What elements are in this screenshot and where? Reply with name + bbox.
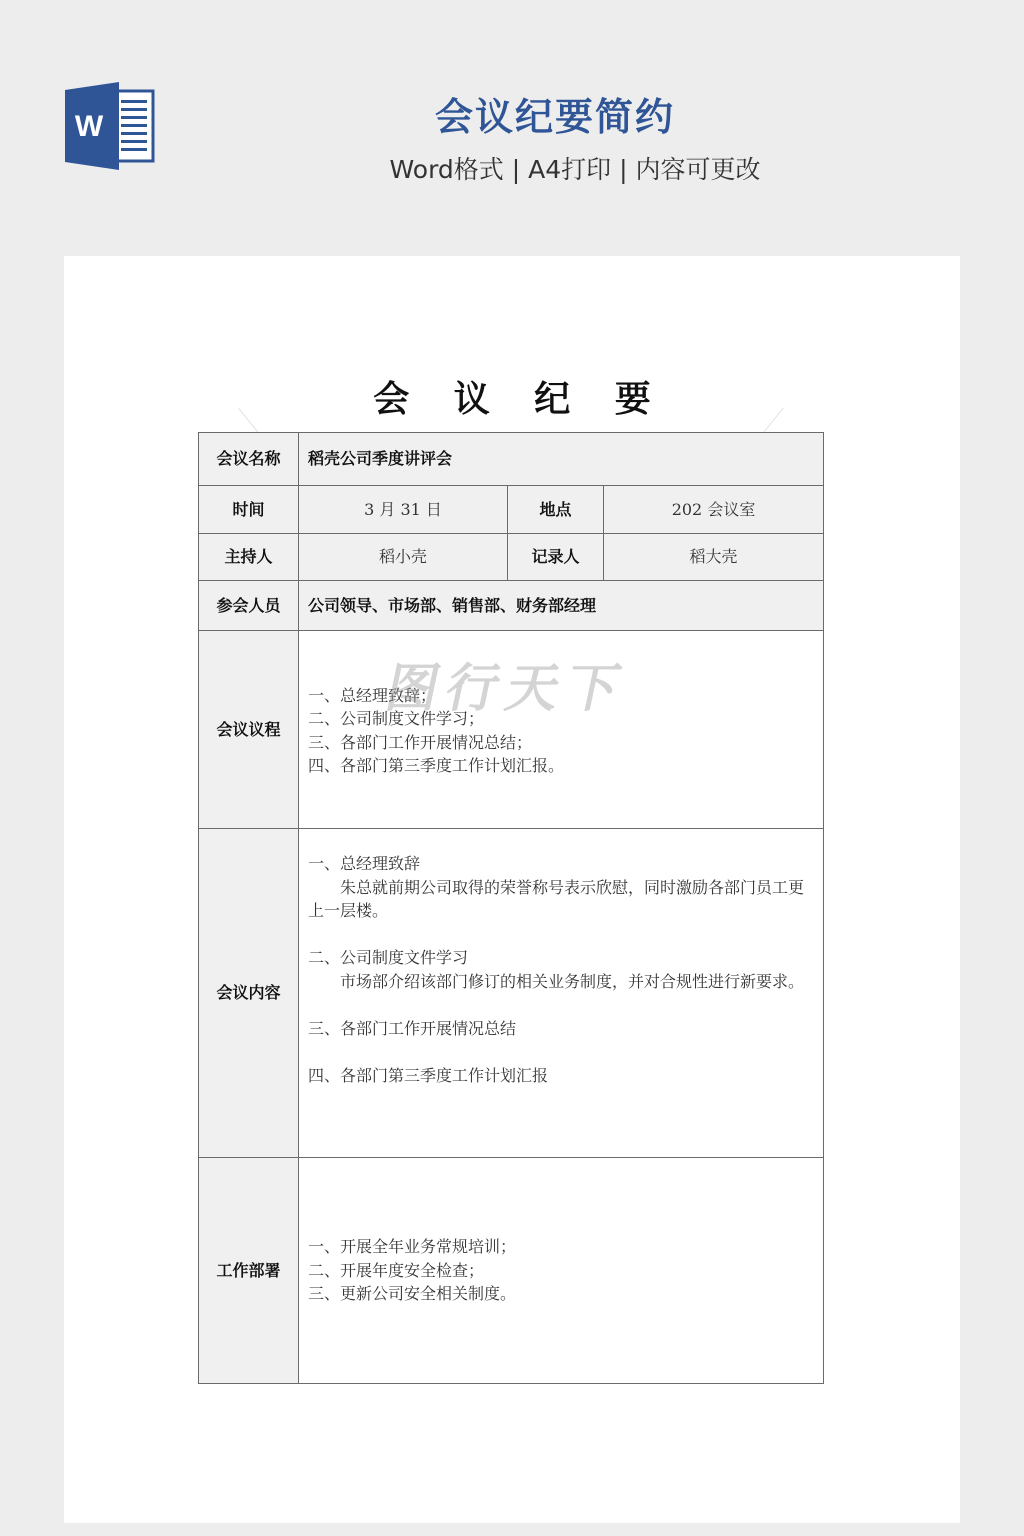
host-label: 主持人 [199, 534, 299, 581]
meeting-content[interactable]: 一、总经理致辞 朱总就前期公司取得的荣誉称号表示欣慰，同时激励各部门员工更上一层… [299, 829, 824, 1158]
table-row-work-plan: 工作部署 一、开展全年业务常规培训； 二、开展年度安全检查； 三、更新公司安全相… [199, 1158, 824, 1384]
work-plan-item: 一、开展全年业务常规培训； [308, 1235, 814, 1259]
agenda-item: 二、公司制度文件学习； [308, 707, 814, 731]
content-paragraph: 市场部介绍该部门修订的相关业务制度，并对合规性进行新要求。 [308, 970, 814, 994]
time-value[interactable]: 3 月 31 日 [299, 486, 508, 534]
recorder-value[interactable]: 稻大壳 [604, 534, 824, 581]
agenda-label: 会议议程 [199, 631, 299, 829]
work-plan-label: 工作部署 [199, 1158, 299, 1384]
banner-title: 会议纪要简约 [340, 92, 770, 142]
table-row-agenda: 会议议程 一、总经理致辞； 二、公司制度文件学习； 三、各部门工作开展情况总结；… [199, 631, 824, 829]
agenda-content[interactable]: 一、总经理致辞； 二、公司制度文件学习； 三、各部门工作开展情况总结； 四、各部… [299, 631, 824, 829]
minutes-table: 会议名称 稻壳公司季度讲评会 时间 3 月 31 日 地点 202 会议室 主持… [198, 432, 824, 1384]
agenda-item: 四、各部门第三季度工作计划汇报。 [308, 754, 814, 778]
table-row-meeting-name: 会议名称 稻壳公司季度讲评会 [199, 433, 824, 486]
location-label: 地点 [508, 486, 604, 534]
agenda-item: 三、各部门工作开展情况总结； [308, 731, 814, 755]
work-plan-content[interactable]: 一、开展全年业务常规培训； 二、开展年度安全检查； 三、更新公司安全相关制度。 [299, 1158, 824, 1384]
table-row-host-recorder: 主持人 稻小壳 记录人 稻大壳 [199, 534, 824, 581]
content-heading: 一、总经理致辞 [308, 852, 814, 876]
recorder-label: 记录人 [508, 534, 604, 581]
location-value[interactable]: 202 会议室 [604, 486, 824, 534]
meeting-name-value[interactable]: 稻壳公司季度讲评会 [299, 433, 824, 486]
work-plan-item: 三、更新公司安全相关制度。 [308, 1282, 814, 1306]
document-page: 会 议 纪 要 会议名称 稻壳公司季度讲评会 时间 3 月 31 日 地点 20… [64, 256, 960, 1523]
banner-subtitle: Word格式 | A4打印 | 内容可更改 [300, 150, 850, 190]
attendees-label: 参会人员 [199, 581, 299, 631]
meeting-name-label: 会议名称 [199, 433, 299, 486]
content-label: 会议内容 [199, 829, 299, 1158]
time-label: 时间 [199, 486, 299, 534]
svg-text:W: W [75, 110, 104, 143]
content-heading: 四、各部门第三季度工作计划汇报 [308, 1064, 814, 1088]
attendees-value[interactable]: 公司领导、市场部、销售部、财务部经理 [299, 581, 824, 631]
work-plan-item: 二、开展年度安全检查； [308, 1259, 814, 1283]
content-heading: 二、公司制度文件学习 [308, 946, 814, 970]
content-heading: 三、各部门工作开展情况总结 [308, 1017, 814, 1041]
host-value[interactable]: 稻小壳 [299, 534, 508, 581]
agenda-item: 一、总经理致辞； [308, 684, 814, 708]
document-title: 会 议 纪 要 [64, 374, 960, 424]
word-document-icon: W [65, 82, 157, 170]
content-paragraph: 朱总就前期公司取得的荣誉称号表示欣慰，同时激励各部门员工更上一层楼。 [308, 876, 814, 923]
table-row-time-location: 时间 3 月 31 日 地点 202 会议室 [199, 486, 824, 534]
table-row-attendees: 参会人员 公司领导、市场部、销售部、财务部经理 [199, 581, 824, 631]
table-row-content: 会议内容 一、总经理致辞 朱总就前期公司取得的荣誉称号表示欣慰，同时激励各部门员… [199, 829, 824, 1158]
